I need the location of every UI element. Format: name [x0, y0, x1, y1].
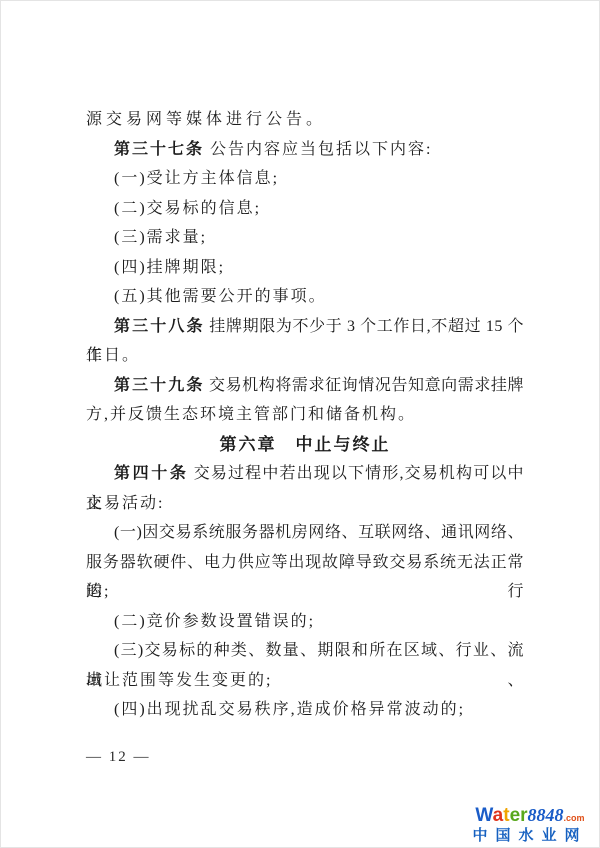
- article-number: 第三十八条: [114, 318, 205, 335]
- logo-letter: W: [475, 805, 492, 826]
- text-line: (一)因交易系统服务器机房网络、互联网络、通讯网络、: [86, 518, 524, 548]
- text-line: (四)挂牌期限;: [86, 253, 524, 283]
- text-line: 第四十条 交易过程中若出现以下情形,交易机构可以中止: [86, 459, 524, 489]
- page-number: — 12 —: [86, 749, 151, 766]
- text-line: (三)需求量;: [86, 223, 524, 253]
- chapter-heading: 第六章 中止与终止: [86, 430, 524, 460]
- text-line: 第三十七条 公告内容应当包括以下内容:: [86, 135, 524, 165]
- article-number: 第三十九条: [114, 377, 204, 394]
- logo-letter: e: [510, 805, 521, 826]
- text-line: (三)交易标的种类、数量、期限和所在区域、行业、流域、: [86, 636, 524, 666]
- text-line: 作日。: [86, 341, 524, 371]
- logo-domain-suffix: .com: [564, 813, 585, 823]
- text-line: 第三十九条 交易机构将需求征询情况告知意向需求挂牌: [86, 371, 524, 401]
- text-line: (四)出现扰乱交易秩序,造成价格异常波动的;: [86, 695, 524, 725]
- water8848-watermark: Water8848.com 中国水业网: [465, 806, 595, 843]
- logo-chinese-name: 中国水业网: [465, 828, 595, 843]
- text-line: 第三十八条 挂牌期限为不少于 3 个工作日,不超过 15 个工: [86, 312, 524, 342]
- article-number: 第三十七条: [114, 141, 204, 158]
- watermark-logo-row: Water8848.com: [465, 806, 595, 825]
- logo-letter: r: [520, 805, 527, 826]
- text-line: 源交易网等媒体进行公告。: [86, 105, 524, 135]
- logo-letter: a: [493, 805, 504, 826]
- text-line: 服务器软硬件、电力供应等出现故障导致交易系统无法正常运行: [86, 548, 524, 578]
- document-page: 源交易网等媒体进行公告。第三十七条 公告内容应当包括以下内容:(一)受让方主体信…: [0, 0, 600, 848]
- text-line: 方,并反馈生态环境主管部门和储备机构。: [86, 400, 524, 430]
- logo-number-8848: 8848: [528, 805, 564, 825]
- text-line: (五)其他需要公开的事项。: [86, 282, 524, 312]
- text-line: (一)受让方主体信息;: [86, 164, 524, 194]
- text-line: 交易活动:: [86, 489, 524, 519]
- article-number: 第四十条: [114, 465, 189, 482]
- water-logo-text: Water: [475, 808, 527, 825]
- text-line: (二)竞价参数设置错误的;: [86, 607, 524, 637]
- text-line: (二)交易标的信息;: [86, 194, 524, 224]
- document-body: 源交易网等媒体进行公告。第三十七条 公告内容应当包括以下内容:(一)受让方主体信…: [86, 105, 524, 725]
